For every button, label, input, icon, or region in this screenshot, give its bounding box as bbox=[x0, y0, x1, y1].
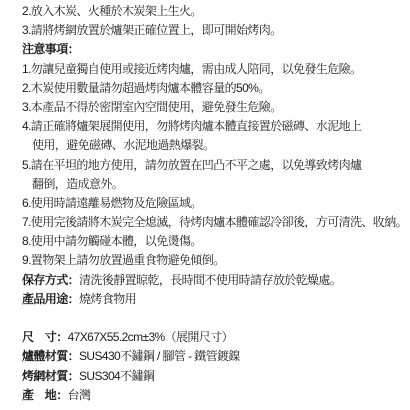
spec-value: SUS430不鏽鋼 / 腳管 - 鐵管鍍鎳 bbox=[79, 349, 240, 363]
notice-item-continuation-line: 翻倒，造成意外。 bbox=[22, 175, 410, 194]
usage-label: 產品用途： bbox=[22, 292, 79, 306]
notice-heading: 注意事項： bbox=[22, 40, 410, 59]
notice-item-line: 6.使用時請遠離易燃物及危險區域。 bbox=[22, 194, 410, 213]
usage-text: 燒烤食物用 bbox=[79, 292, 136, 306]
notice-item-continuation-line: 使用，避免磁磚、水泥地過熱爆裂。 bbox=[22, 136, 410, 155]
spacer bbox=[22, 309, 410, 328]
instruction-document: 2.放入木炭、火種於木炭架上生火。 3.請將烤網放置於爐架正確位置上，即可開始烤… bbox=[0, 0, 410, 410]
spec-row-dimensions: 尺 寸：47X67X55.2cm±3%（展開尺寸） bbox=[22, 328, 410, 347]
storage-line: 保存方式：清洗後靜置晾乾，長時間不使用時請存放於乾燥處。 bbox=[22, 271, 410, 290]
notice-item-line: 9.置物架上請勿放置過重食物避免傾倒。 bbox=[22, 251, 410, 270]
storage-label: 保存方式： bbox=[22, 273, 79, 287]
prep-step-line: 2.放入木炭、火種於木炭架上生火。 bbox=[22, 2, 410, 21]
spec-label: 尺 寸： bbox=[22, 330, 68, 344]
notice-item-line: 4.請正確將爐架展開使用，勿將烤肉爐本體直接置於磁磚、水泥地上 bbox=[22, 117, 410, 136]
spec-value: 47X67X55.2cm±3%（展開尺寸） bbox=[68, 330, 233, 344]
spec-row-body-material: 爐體材質：SUS430不鏽鋼 / 腳管 - 鐵管鍍鎳 bbox=[22, 347, 410, 366]
usage-line: 產品用途：燒烤食物用 bbox=[22, 290, 410, 309]
storage-text: 清洗後靜置晾乾，長時間不使用時請存放於乾燥處。 bbox=[79, 273, 341, 287]
notice-item-line: 1.勿讓兒童獨自使用或接近烤肉爐，需由成人陪同，以免發生危險。 bbox=[22, 60, 410, 79]
notice-item-line: 7.使用完後請將木炭完全熄滅，待烤肉爐本體確認冷卻後，方可清洗、收納。 bbox=[22, 213, 410, 232]
notice-item-line: 8.使用中請勿觸碰本體，以免燙傷。 bbox=[22, 232, 410, 251]
prep-step-line: 3.請將烤網放置於爐架正確位置上，即可開始烤肉。 bbox=[22, 21, 410, 40]
spec-label: 爐體材質： bbox=[22, 349, 79, 363]
spec-value: SUS304不鏽鋼 bbox=[79, 369, 154, 383]
notice-item-line: 5.請在平坦的地方使用，請勿放置在凹凸不平之處，以免導致烤肉爐 bbox=[22, 156, 410, 175]
notice-item-line: 3.本產品不得於密閉室內空間使用，避免發生危險。 bbox=[22, 98, 410, 117]
notice-item-line: 2.木炭使用數量請勿超過烤肉爐本體容量的50%。 bbox=[22, 79, 410, 98]
spec-row-origin: 產 地：台灣 bbox=[22, 386, 410, 405]
spec-row-grill-material: 烤網材質：SUS304不鏽鋼 bbox=[22, 367, 410, 386]
spec-label: 烤網材質： bbox=[22, 369, 79, 383]
spec-value: 台灣 bbox=[68, 388, 91, 402]
spec-label: 產 地： bbox=[22, 388, 68, 402]
